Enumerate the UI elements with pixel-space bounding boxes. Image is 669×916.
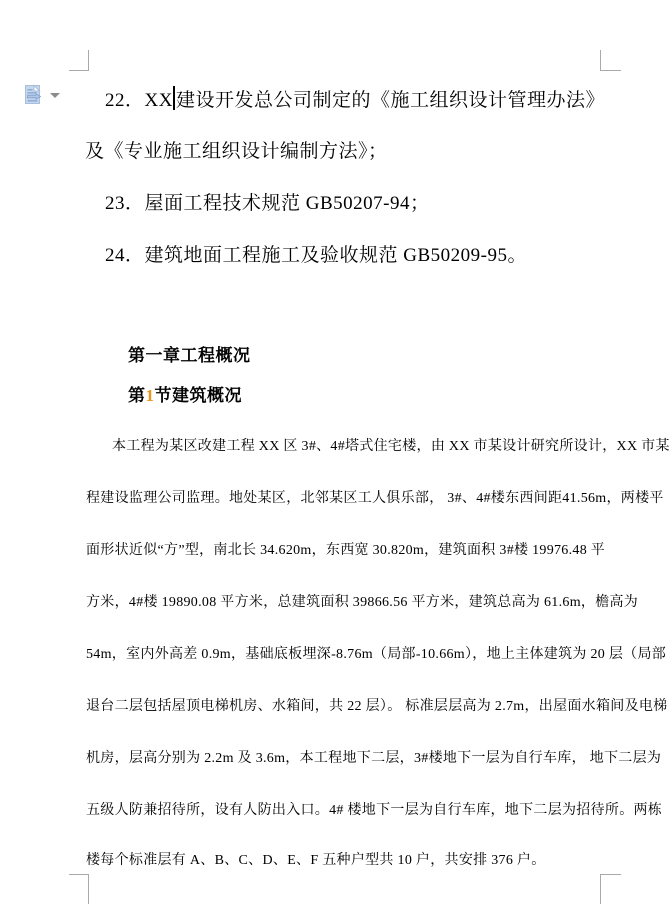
- body-text-line[interactable]: 本工程为某区改建工程 XX 区 3#、4#塔式住宅楼，由 XX 市某设计研究所设…: [112, 437, 669, 456]
- list-item-22-text-after-caret: 建设开发总公司制定的《施工组织设计管理办法》: [176, 90, 605, 111]
- text-boundary-mark-bottom-right: [600, 874, 621, 904]
- document-page: 22．XX建设开发总公司制定的《施工组织设计管理办法》 及《专业施工组织设计编制…: [0, 0, 669, 916]
- body-text-line[interactable]: 程建设监理公司监理。地处某区，北邻某区工人俱乐部， 3#、4#楼东西间距41.5…: [86, 489, 664, 508]
- text-boundary-mark-top-right: [600, 50, 621, 71]
- list-item-22-line2[interactable]: 及《专业施工组织设计编制方法》；: [85, 139, 388, 164]
- paste-options-button[interactable]: [24, 83, 60, 106]
- section-heading-prefix: 第: [128, 386, 146, 405]
- body-text-line[interactable]: 退台二层包括屋顶电梯机房、水箱间，共 22 层）。 标准层层高为 2.7m，出屋…: [86, 697, 668, 716]
- list-item-24[interactable]: 24．建筑地面工程施工及验收规范 GB50209-95。: [105, 243, 527, 268]
- section-heading-suffix: 节建筑概况: [155, 386, 243, 405]
- section-heading-highlighted-number: 1: [146, 386, 155, 405]
- text-boundary-mark-bottom-left: [69, 874, 89, 904]
- list-item-23[interactable]: 23．屋面工程技术规范 GB50207-94；: [105, 191, 429, 216]
- list-item-22-line1[interactable]: 22．XX建设开发总公司制定的《施工组织设计管理办法》: [105, 86, 605, 113]
- list-item-22-text-before-caret: 22．XX: [105, 90, 173, 111]
- body-text-line[interactable]: 54m，室内外高差 0.9m，基础底板埋深-8.76m（局部-10.66m），地…: [86, 645, 666, 664]
- clipboard-paste-icon: [24, 83, 45, 106]
- text-boundary-mark-top-left: [69, 50, 89, 71]
- chapter-heading[interactable]: 第一章工程概况: [128, 344, 251, 367]
- chevron-down-icon[interactable]: [50, 93, 60, 98]
- body-text-line[interactable]: 机房，层高分别为 2.2m 及 3.6m，本工程地下二层，3#楼地下一层为自行车…: [86, 749, 661, 768]
- section-heading[interactable]: 第1节建筑概况: [128, 384, 242, 407]
- body-text-line[interactable]: 五级人防兼招待所，设有人防出入口。4# 楼地下一层为自行车库，地下二层为招待所。…: [86, 801, 662, 820]
- body-text-line[interactable]: 面形状近似“方”型，南北长 34.620m，东西宽 30.820m，建筑面积 3…: [86, 541, 605, 560]
- body-text-line[interactable]: 楼每个标准层有 A、B、C、D、E、F 五种户型共 10 户，共安排 376 户…: [86, 851, 546, 870]
- body-text-line[interactable]: 方米，4#楼 19890.08 平方米，总建筑面积 39866.56 平方米，建…: [86, 593, 638, 612]
